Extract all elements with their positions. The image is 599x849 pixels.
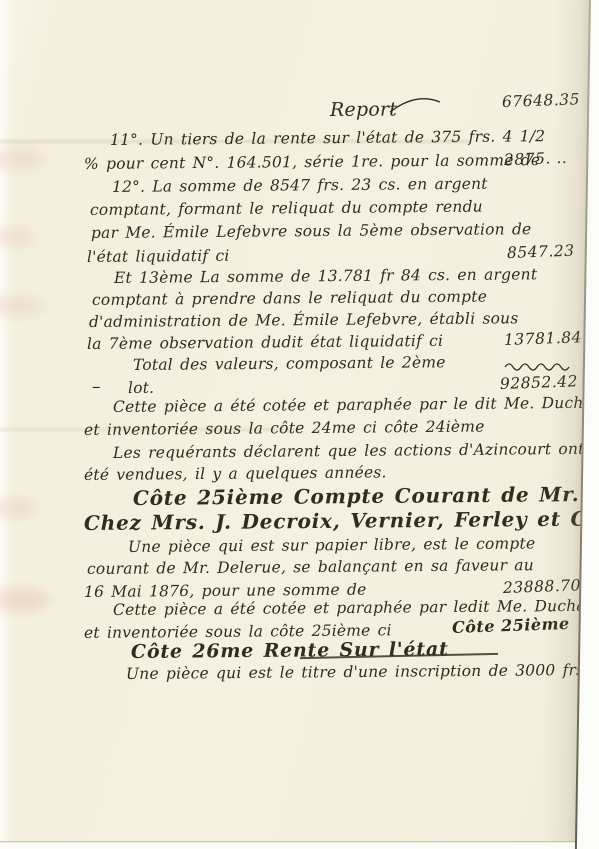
line-item-12-cont: l'état liquidatif ci bbox=[87, 247, 230, 266]
line-certification-24-cont: et inventoriée sous la côte 24me ci côte… bbox=[84, 418, 485, 439]
paper-bottom-edge bbox=[0, 841, 578, 843]
line-piece-25: Une pièce qui est sur papier libre, est … bbox=[128, 534, 535, 556]
line-item-13-cont: comptant à prendre dans le reliquat du c… bbox=[92, 288, 487, 309]
line-item-11-cont: % pour cent N°. 164.501, série 1re. pour… bbox=[84, 151, 540, 173]
line-item-12-cont: comptant, formant le reliquat du compte … bbox=[90, 198, 483, 219]
line-total-cont: lot. bbox=[128, 379, 154, 397]
line-item-12-cont: par Me. Émile Lefebvre sous la 5ème obse… bbox=[91, 220, 532, 242]
line-total: Total des valeurs, composant le 2ème bbox=[133, 353, 446, 374]
line-certification-24: Cette pièce a été cotée et paraphée par … bbox=[113, 394, 599, 416]
paper-left-highlight bbox=[0, 0, 14, 849]
report-flourish bbox=[388, 96, 444, 116]
pink-smudge bbox=[0, 296, 44, 316]
manuscript-page: Report 67648.35 11°. Un tiers de la rent… bbox=[0, 0, 599, 849]
line-item-11: 11°. Un tiers de la rente sur l'état de … bbox=[110, 127, 545, 149]
pink-smudge bbox=[0, 148, 44, 170]
line-item-12: 12°. La somme de 8547 frs. 23 cs. en arg… bbox=[112, 175, 488, 196]
line-item-13-cont: la 7ème observation dudit état liquidati… bbox=[87, 332, 443, 353]
pink-smudge bbox=[0, 588, 50, 612]
line-piece-25-cont: 16 Mai 1876, pour une somme de bbox=[84, 581, 367, 601]
line-item-13-cont: d'administration de Me. Émile Lefebvre, … bbox=[89, 309, 519, 331]
margin-dash: – bbox=[92, 377, 101, 397]
heading-cote-25: Côte 25ième Compte Courant de Mr. Deleru… bbox=[133, 481, 599, 510]
line-piece-25-cont: courant de Mr. Delerue, se balançant en … bbox=[87, 556, 534, 578]
heading-cote-25-cont: Chez Mrs. J. Decroix, Vernier, Ferley et… bbox=[84, 506, 599, 535]
pink-smudge bbox=[0, 228, 34, 246]
heading-cote-26: Côte 26me Rente Sur l'état bbox=[131, 638, 449, 663]
line-declaration-cont: été vendues, il y a quelques années. bbox=[84, 463, 387, 484]
line-item-13: Et 13ème La somme de 13.781 fr 84 cs. en… bbox=[114, 265, 537, 287]
line-piece-26: Une pièce qui est le titre d'une inscrip… bbox=[126, 661, 584, 683]
pink-smudge bbox=[0, 498, 36, 518]
line-declaration: Les requérants déclarent que les actions… bbox=[113, 440, 585, 462]
